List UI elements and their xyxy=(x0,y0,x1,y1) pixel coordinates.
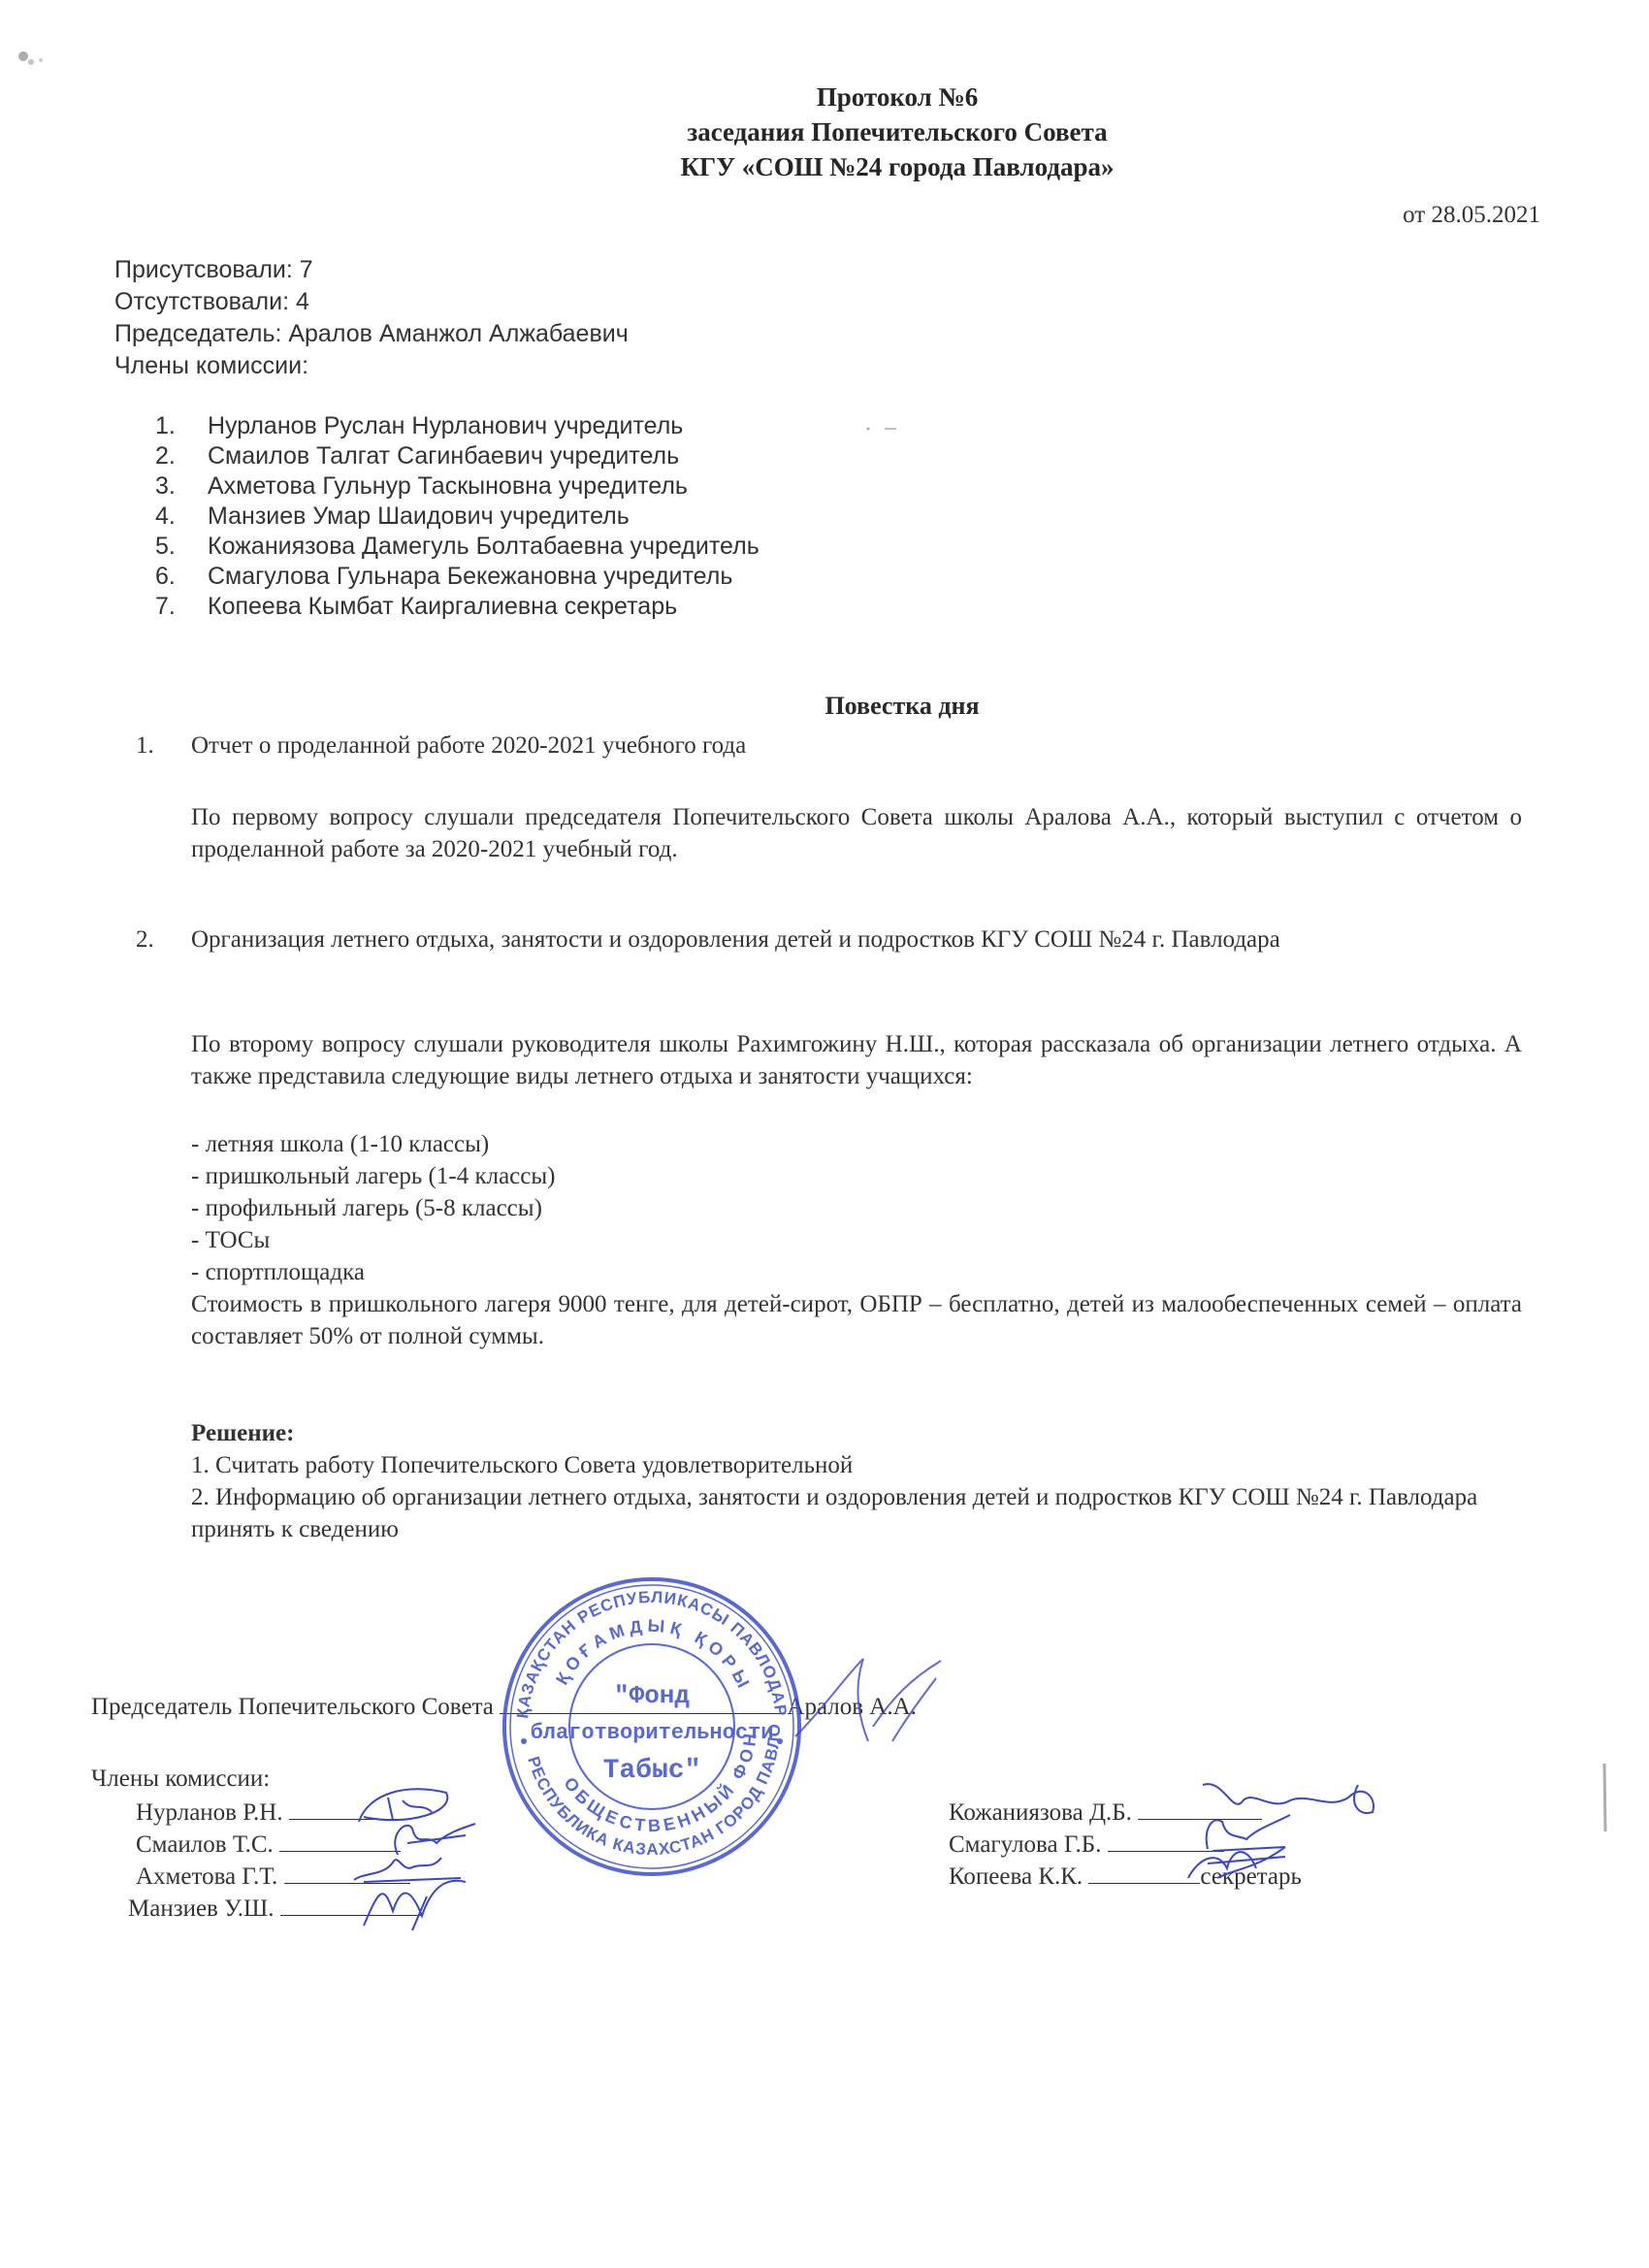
scan-speck-icon xyxy=(863,425,902,433)
camp-cost: Стоимость в пришкольного лагеря 9000 тен… xyxy=(191,1288,1522,1352)
document-title: Протокол №6 заседания Попечительского Со… xyxy=(0,80,1649,184)
attendance-block: Присутсвовали: 7 Отсутствовали: 4 Предсе… xyxy=(114,254,629,382)
activity-item: - летняя школа (1-10 классы) xyxy=(191,1128,556,1160)
signature-line xyxy=(280,1894,421,1916)
scan-speck-icon xyxy=(14,47,48,70)
member-item: 3.Ахметова Гульнур Таскыновна учредитель xyxy=(155,471,760,502)
title-line-1: Протокол №6 xyxy=(145,80,1649,114)
signature-line xyxy=(284,1862,410,1884)
activity-item: - профильный лагерь (5-8 классы) xyxy=(191,1192,556,1224)
signature-line xyxy=(1108,1830,1224,1852)
activities-list: - летняя школа (1-10 классы) - пришкольн… xyxy=(191,1128,556,1288)
decision-item: 1. Считать работу Попечительского Совета… xyxy=(191,1449,1522,1481)
signer-name: Кожаниязова Д.Б. xyxy=(949,1799,1132,1826)
signature-line xyxy=(279,1830,401,1852)
activity-item: - спортплощадка xyxy=(191,1256,556,1288)
decision-item: 2. Информацию об организации летнего отд… xyxy=(191,1481,1522,1545)
members-list: 1.Нурланов Руслан Нурланович учредитель … xyxy=(155,411,760,622)
signer-name: Манзиев У.Ш. xyxy=(128,1895,274,1922)
decision-block: Решение: 1. Считать работу Попечительско… xyxy=(191,1417,1522,1545)
absent-count: Отсутствовали: 4 xyxy=(114,286,629,318)
members-label: Члены комиссии: xyxy=(114,350,629,382)
secretary-suffix: секретарь xyxy=(1200,1863,1301,1890)
agenda-item-1-discussion: По первому вопросу слушали председателя … xyxy=(191,801,1522,865)
signature-line xyxy=(289,1798,401,1820)
document-date: от 28.05.2021 xyxy=(1403,202,1540,229)
member-item: 2.Смаилов Талгат Сагинбаевич учредитель xyxy=(155,441,760,471)
svg-text:Табыс": Табыс" xyxy=(603,1756,701,1786)
right-signatures: Кожаниязова Д.Б. Смагулова Г.Б. Копеева … xyxy=(949,1797,1302,1893)
agenda-title: Повестка дня xyxy=(0,692,1649,721)
title-line-2: заседания Попечительского Совета xyxy=(145,114,1649,149)
member-item: 4.Манзиев Умар Шаидович учредитель xyxy=(155,502,760,532)
signer-name: Копеева К.К. xyxy=(949,1863,1083,1890)
present-count: Присутсвовали: 7 xyxy=(114,254,629,286)
left-signatures: Нурланов Р.Н. Смаилов Т.С. Ахметова Г.Т.… xyxy=(136,1797,421,1925)
signature-line xyxy=(1138,1798,1262,1820)
member-item: 6.Смагулова Гульнара Бекежановна учредит… xyxy=(155,562,760,592)
agenda-item-2-discussion: По второму вопросу слушали руководителя … xyxy=(191,1028,1522,1092)
member-item: 7.Копеева Кымбат Каиргалиевна секретарь xyxy=(155,592,760,622)
signer-name: Нурланов Р.Н. xyxy=(136,1799,283,1826)
chairman-label: Председатель Попечительского Совета xyxy=(91,1694,494,1720)
members-signature-label: Члены комиссии: xyxy=(91,1766,270,1793)
member-item: 5.Кожаниязова Дамегуль Болтабаевна учред… xyxy=(155,532,760,562)
decision-title: Решение: xyxy=(191,1417,1522,1449)
chairman: Председатель: Аралов Аманжол Алжабаевич xyxy=(114,318,629,350)
signer-name: Смагулова Г.Б. xyxy=(949,1831,1101,1858)
member-item: 1.Нурланов Руслан Нурланович учредитель xyxy=(155,411,760,441)
activity-item: - пришкольный лагерь (1-4 классы) xyxy=(191,1160,556,1192)
organization-stamp-icon: ҚАЗАҚСТАН РЕСПУБЛИКАСЫ ПАВЛОДАР ҚАЛАСЫ Р… xyxy=(497,1571,807,1882)
scan-mark-icon xyxy=(1600,1764,1608,1831)
agenda-item-1: 1. Отчет о проделанной работе 2020-2021 … xyxy=(136,729,1533,761)
signer-name: Ахметова Г.Т. xyxy=(136,1863,277,1890)
svg-text:благотворительности: благотворительности xyxy=(531,1721,774,1745)
activity-item: - ТОСы xyxy=(191,1224,556,1256)
agenda-item-2: 2. Организация летнего отдыха, занятости… xyxy=(136,923,1533,956)
svg-text:"Фонд: "Фонд xyxy=(614,1681,690,1710)
signer-name: Смаилов Т.С. xyxy=(136,1831,274,1858)
signature-line xyxy=(1088,1862,1200,1884)
title-line-3: КГУ «СОШ №24 города Павлодара» xyxy=(145,149,1649,184)
